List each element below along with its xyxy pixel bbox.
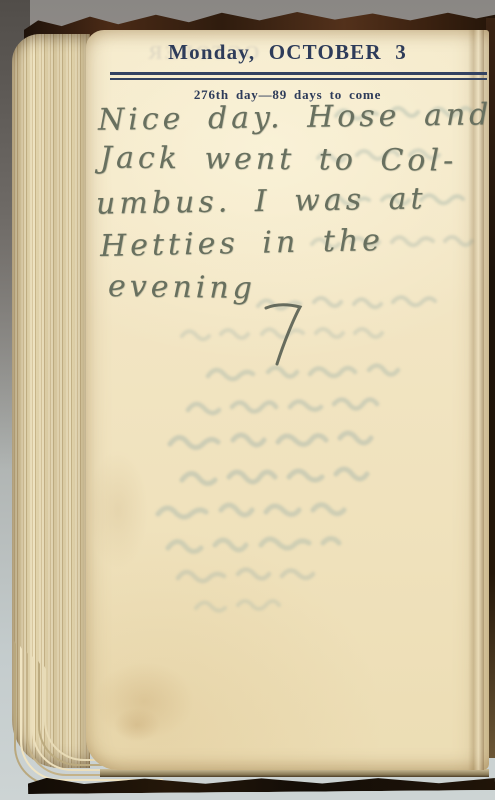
diary-page: OCTOBER Monday, OCTOBER 3 276th day—89 d… <box>86 30 489 770</box>
bleed-through-writing <box>86 30 489 770</box>
page-edges-stack <box>12 34 90 768</box>
page-gutter-crease <box>468 30 484 770</box>
page-bottom-edge <box>100 769 489 777</box>
scanned-diary-photo: OCTOBER Monday, OCTOBER 3 276th day—89 d… <box>0 0 495 800</box>
printed-header: OCTOBER Monday, OCTOBER 3 276th day—89 d… <box>86 30 489 103</box>
day-counter: 276th day—89 days to come <box>86 87 489 103</box>
date-header: Monday, OCTOBER 3 <box>86 40 489 65</box>
double-rule <box>110 72 487 80</box>
